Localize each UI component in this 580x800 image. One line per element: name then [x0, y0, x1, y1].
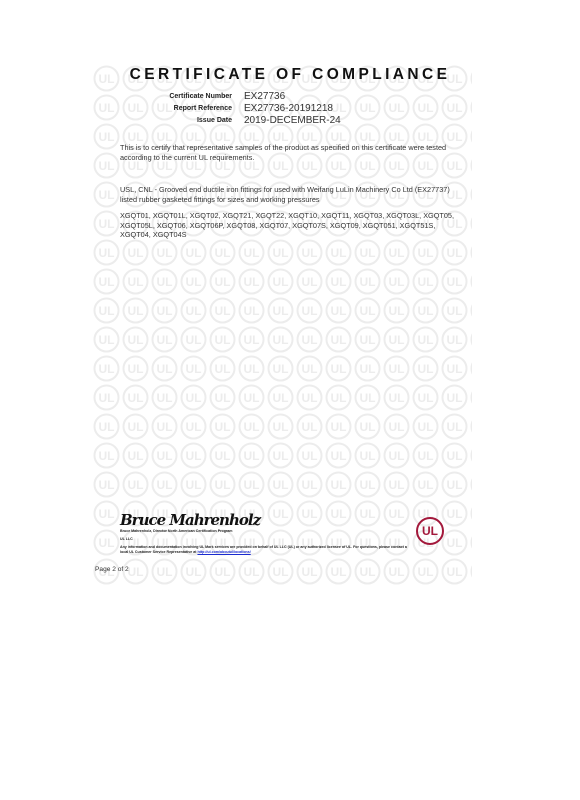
footer-text: Any information and documentation involv… [120, 545, 407, 554]
signature: Bruce Mahrenholz [120, 511, 260, 529]
field-label: Issue Date [120, 117, 244, 124]
certify-statement: This is to certify that representative s… [120, 143, 465, 162]
certificate-number-row: Certificate Number EX27736 [120, 90, 460, 102]
footer-link[interactable]: http://ul.com/aboutul/locations/ [197, 550, 250, 554]
field-label: Report Reference [120, 105, 244, 112]
certificate-number: EX27736 [244, 91, 285, 102]
page-number: Page 2 of 2 [95, 566, 129, 573]
report-reference-row: Report Reference EX27736-20191218 [120, 102, 460, 114]
field-label: Certificate Number [120, 93, 244, 100]
signatory-name: Bruce Mahrenholz, Director North America… [120, 529, 410, 534]
certificate-fields: Certificate Number EX27736 Report Refere… [120, 90, 460, 126]
footer-disclaimer: Any information and documentation involv… [120, 545, 410, 554]
certificate-title: CERTIFICATE OF COMPLIANCE [0, 66, 580, 84]
issue-date: 2019-DECEMBER-24 [244, 115, 341, 126]
report-reference: EX27736-20191218 [244, 103, 333, 114]
issue-date-row: Issue Date 2019-DECEMBER-24 [120, 114, 460, 126]
company-name: UL LLC [120, 537, 410, 542]
model-list: XGQT01, XGQT01L, XGQT02, XGQT21, XGQT22,… [120, 211, 465, 240]
ul-logo-icon: UL [416, 517, 444, 545]
product-description: USL, CNL - Grooved end ductile iron fitt… [120, 185, 465, 204]
